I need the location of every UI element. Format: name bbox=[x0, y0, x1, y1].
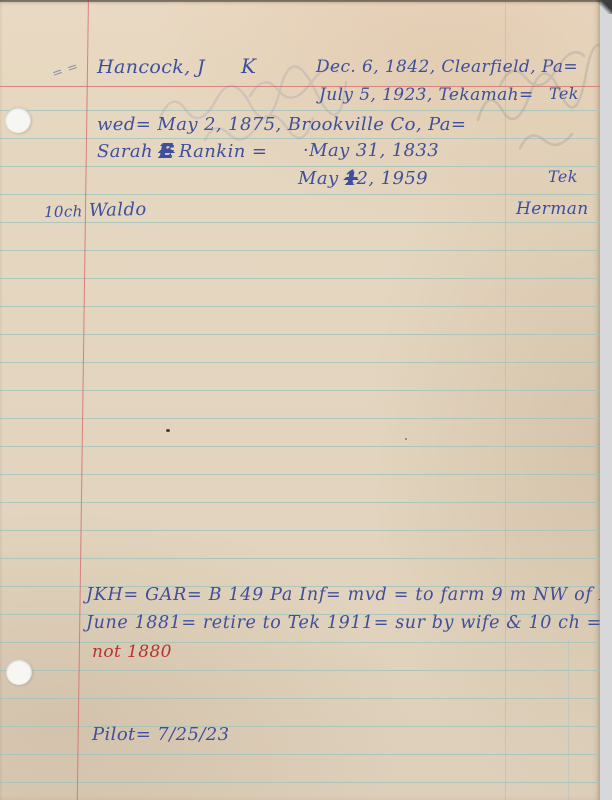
spouse-scribbled-initial: E bbox=[159, 141, 173, 162]
scanned-notebook-page: = = Hancock, J K Dec. 6, 1842, Clearfiel… bbox=[0, 0, 612, 800]
spouse-death-scribbled-digit: 1 bbox=[345, 168, 357, 189]
scanner-corner-shadow bbox=[596, 0, 612, 14]
punch-hole-bottom bbox=[6, 659, 32, 685]
ruled-paper: = = Hancock, J K Dec. 6, 1842, Clearfiel… bbox=[0, 0, 600, 800]
spouse-death-date: May 12, 1959 bbox=[298, 169, 428, 190]
spouse-last-name: Rankin = bbox=[179, 141, 268, 162]
child-name-herman: Herman bbox=[516, 200, 589, 220]
scanner-background-strip bbox=[600, 0, 612, 800]
bleedthrough-margin-line bbox=[505, 0, 506, 800]
children-left: 10ch Waldo bbox=[44, 200, 147, 223]
spouse-birth-date: ·May 31, 1833 bbox=[303, 141, 439, 162]
spouse-name: Sarah E Rankin = bbox=[97, 142, 267, 163]
faint-margin-marks: = = bbox=[50, 60, 80, 83]
child-name-waldo: Waldo bbox=[89, 199, 147, 221]
notes-line-1: JKH= GAR= B 149 Pa Inf= mvd = to farm 9 … bbox=[86, 585, 612, 605]
red-ink-correction: not 1880 bbox=[92, 643, 172, 663]
spouse-death-pre: May bbox=[298, 168, 345, 189]
children-count-label: 10ch bbox=[44, 202, 83, 221]
death-date-place: July 5, 1923, Tekamah= bbox=[319, 86, 534, 106]
source-citation: Pilot= 7/25/23 bbox=[92, 725, 230, 746]
scanner-top-edge bbox=[0, 0, 612, 2]
faint-vertical-line bbox=[568, 640, 569, 800]
birth-date-place: Dec. 6, 1842, Clearfield, Pa= bbox=[316, 58, 578, 78]
spouse-first-name: Sarah bbox=[97, 141, 153, 162]
spouse-death-place-abbr: Tek bbox=[548, 168, 578, 186]
entry-name: Hancock, J bbox=[97, 57, 205, 79]
death-place-abbr: Tek bbox=[549, 85, 579, 103]
notes-line-2: June 1881= retire to Tek 1911= sur by wi… bbox=[86, 613, 602, 633]
punch-hole-top bbox=[5, 107, 31, 133]
spouse-death-post: 2, 1959 bbox=[357, 168, 429, 189]
entry-middle-initial: K bbox=[241, 55, 256, 78]
paper-speck bbox=[166, 429, 170, 432]
paper-speck bbox=[405, 438, 407, 440]
marriage-line: wed= May 2, 1875, Brookville Co, Pa= bbox=[97, 115, 466, 136]
